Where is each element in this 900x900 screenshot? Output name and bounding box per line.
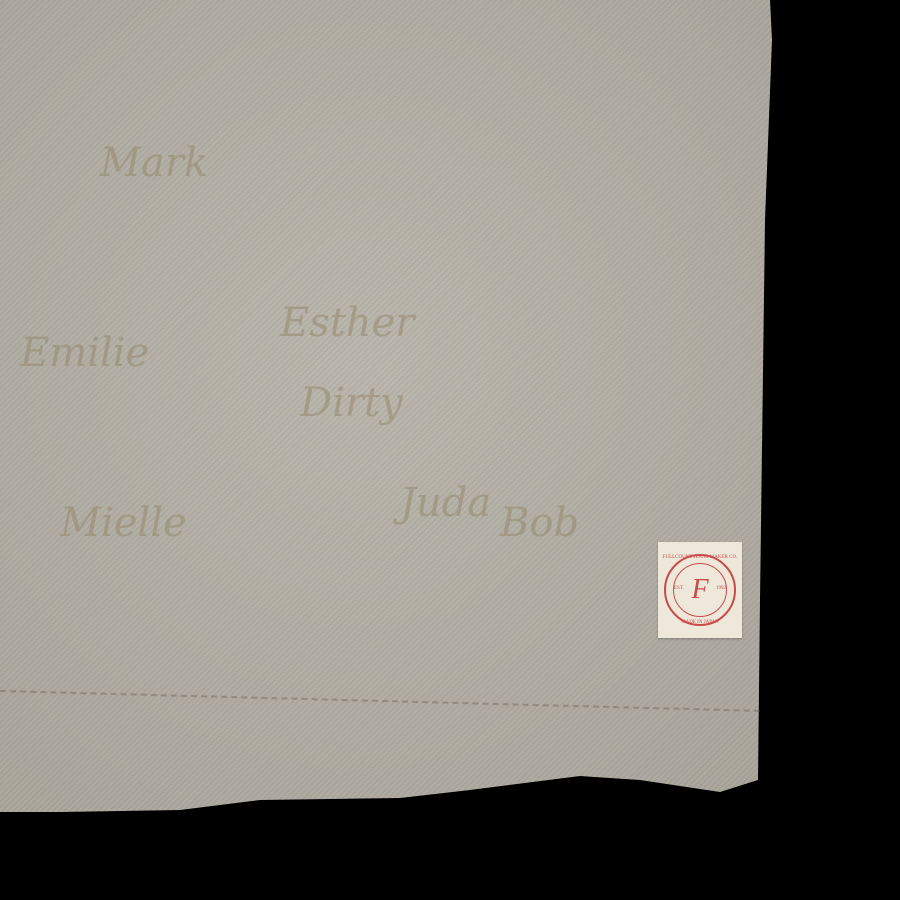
embroidery-text: Emilie — [20, 330, 149, 376]
embroidery-text: Mark — [100, 140, 208, 186]
made-in-text: MADE IN JAPAN — [681, 620, 719, 625]
est-right: 1992 — [716, 586, 726, 591]
brand-text: FULLCOUNT JEANS MAKER CO. — [663, 555, 738, 560]
est-left: EST. — [674, 586, 684, 591]
embroidery-text: Juda — [400, 480, 491, 526]
embroidery-text: Mielle — [60, 500, 187, 546]
est-row: EST. 1992 — [666, 586, 734, 591]
fabric — [0, 0, 900, 900]
brand-badge: FULLCOUNT JEANS MAKER CO. EST. 1992 F MA… — [664, 554, 736, 626]
embroidery-text: Esther — [280, 300, 414, 346]
embroidery-text: Dirty — [300, 380, 403, 426]
embroidery-text: Bob — [500, 500, 579, 546]
brand-label: FULLCOUNT JEANS MAKER CO. EST. 1992 F MA… — [658, 542, 742, 638]
